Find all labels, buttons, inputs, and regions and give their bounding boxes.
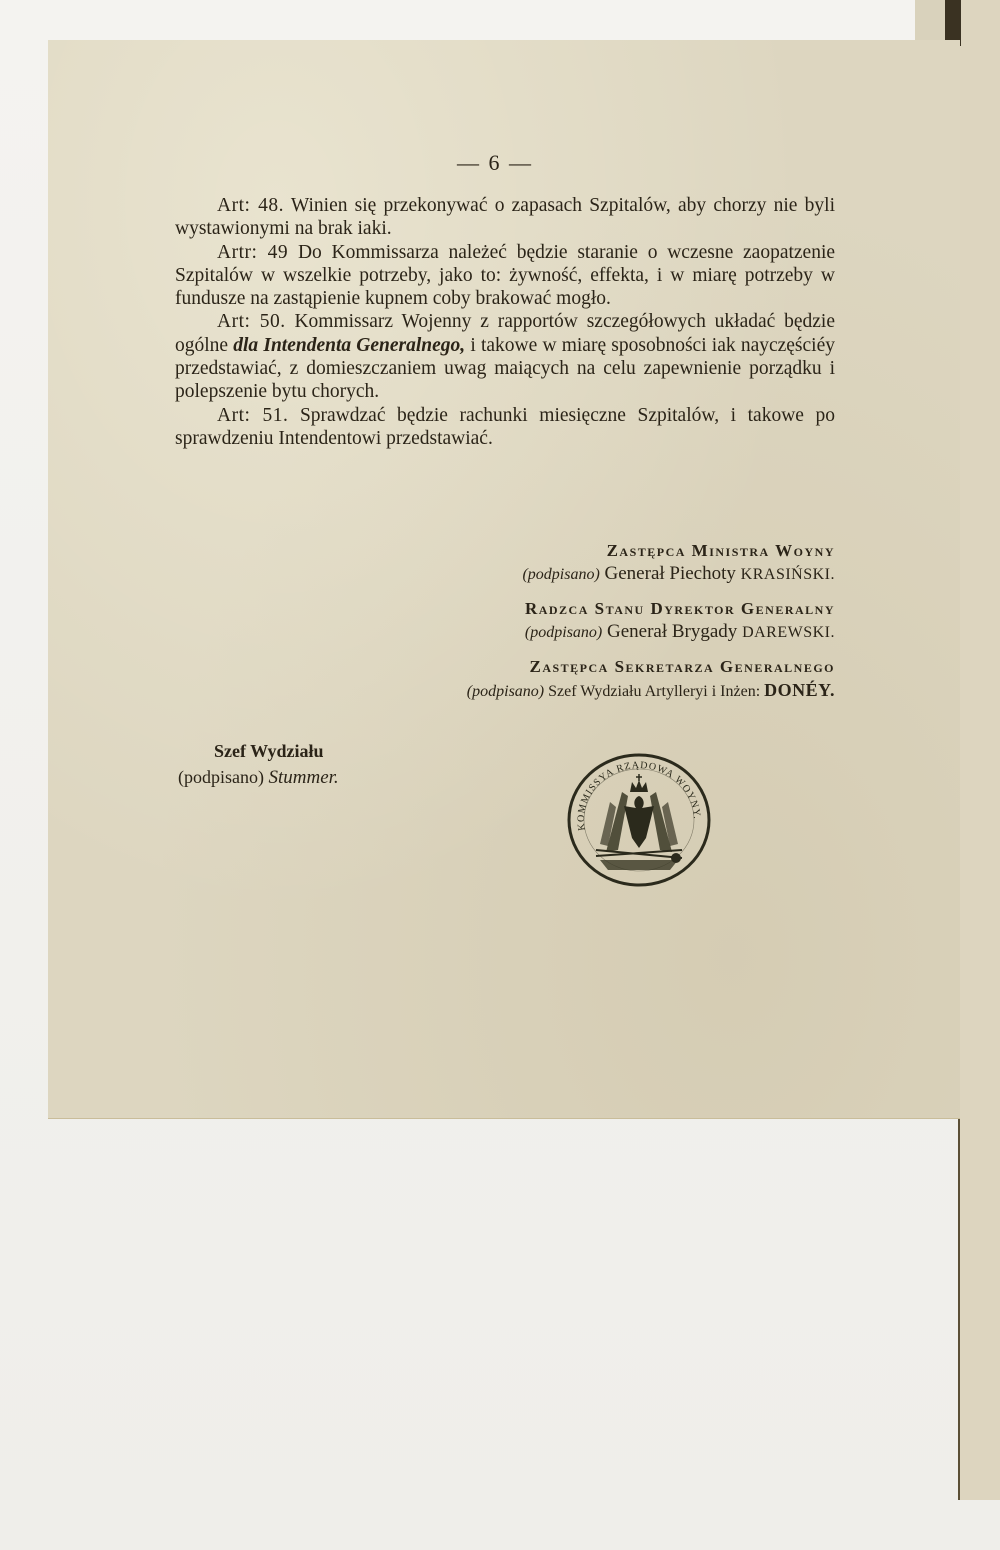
chief-line: (podpisano) Stummer. <box>178 764 438 791</box>
division-chief-signature: Szef Wydziału (podpisano) Stummer. <box>178 738 438 791</box>
signature-director-general: Radzca Stanu Dyrektor Generalny (podpisa… <box>300 598 835 645</box>
official-seal-icon: KOMMISSYA RZĄDOWA WOYNY. <box>566 752 712 888</box>
articles-text: Art: 48. Winien się przekonywać o zapasa… <box>175 194 835 450</box>
article-text-italic: dla Intendenta Generalnego, <box>233 335 465 356</box>
chief-name: Stummer. <box>268 767 338 788</box>
signed-note: (podpisano) <box>525 624 602 641</box>
signature-deputy-minister: Zastępca Ministra Woyny (podpisano) Gene… <box>300 540 835 587</box>
article-label: Art: 48. <box>217 195 284 216</box>
signatory-line: (podpisano) Generał Piechoty KRASIŃSKI. <box>300 562 835 587</box>
article-51: Art: 51. Sprawdzać będzie rachunki miesi… <box>175 404 835 451</box>
signatory-title: Zastępca Sekretarza Generalnego <box>300 656 835 678</box>
signatory-name: KRASIŃSKI. <box>741 566 835 583</box>
article-label: Artr: 49 <box>217 242 288 263</box>
article-49: Artr: 49 Do Kommissarza należeć będzie s… <box>175 241 835 311</box>
chief-title: Szef Wydziału <box>178 738 438 764</box>
signatory-line: (podpisano) Generał Brygady DAREWSKI. <box>300 620 835 645</box>
signatory-rank: Generał Brygady <box>607 621 737 642</box>
signatory-title: Zastępca Ministra Woyny <box>300 540 835 562</box>
article-label: Art: 51. <box>217 405 288 426</box>
signatory-title: Radzca Stanu Dyrektor Generalny <box>300 598 835 620</box>
article-label: Art: 50. <box>217 311 286 332</box>
signed-note: (podpisano) <box>467 683 544 700</box>
signatory-name: DONÉY. <box>764 680 835 700</box>
signatory-rank: Szef Wydziału Artylleryi i Inżen: <box>548 683 760 700</box>
signatory-rank: Generał Piechoty <box>605 563 736 584</box>
signatures-block: Zastępca Ministra Woyny (podpisano) Gene… <box>300 540 835 715</box>
signed-note: (podpisano) <box>178 767 264 787</box>
article-50: Art: 50. Kommissarz Wojenny z rapportów … <box>175 310 835 403</box>
signature-deputy-secretary: Zastępca Sekretarza Generalnego (podpisa… <box>300 656 835 704</box>
article-48: Art: 48. Winien się przekonywać o zapasa… <box>175 194 835 241</box>
page-content: — 6 — Art: 48. Winien się przekonywać o … <box>0 0 1000 1550</box>
signatory-name: DAREWSKI. <box>742 624 835 641</box>
signed-note: (podpisano) <box>522 566 599 583</box>
page-number: — 6 — <box>430 150 560 176</box>
signatory-line: (podpisano) Szef Wydziału Artylleryi i I… <box>300 678 835 704</box>
